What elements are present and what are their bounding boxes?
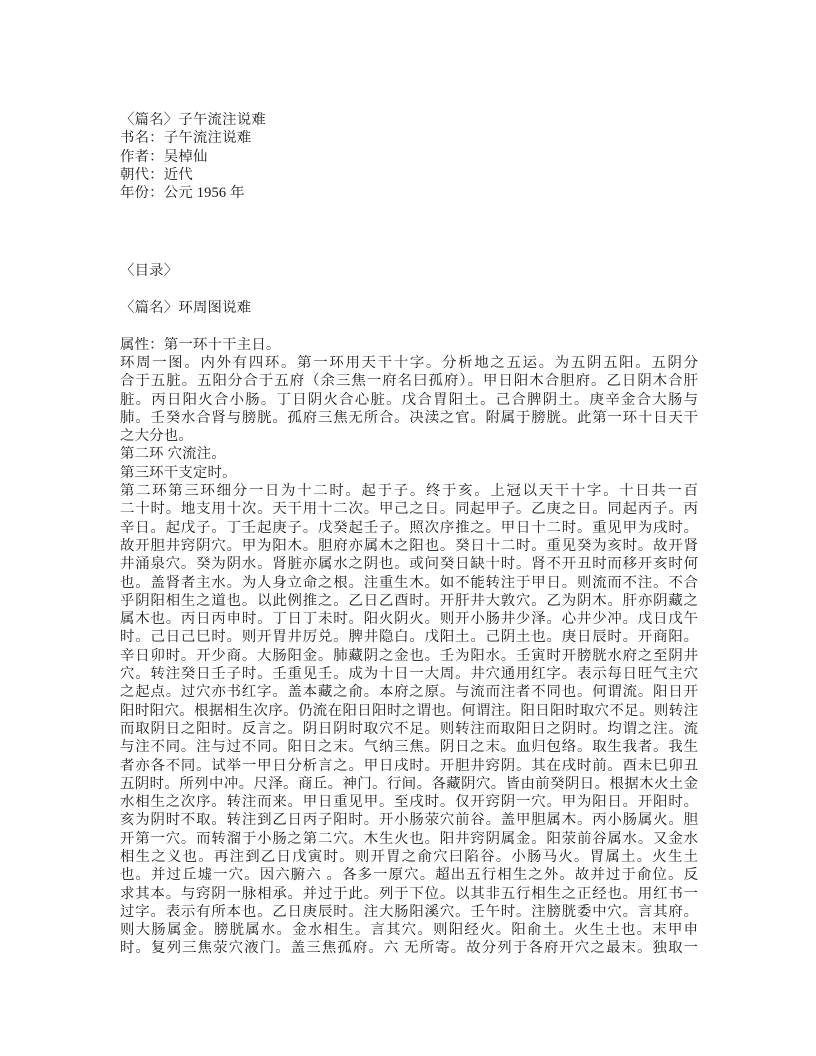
body-line: 之大分也。 [120,427,698,445]
body-line: 合于五脏。五阳分合于五府（余三焦一府名曰孤府）。甲日阳木合胆府。乙日阴木合肝 [120,372,698,390]
body-line: 井涌泉穴。癸为阴水。肾脏亦属水之阴也。或问癸日缺十时。肾不开丑时而移开亥时何 [120,555,698,573]
document-content: 〈篇名〉子午流注说难书名：子午流注说难作者：吴棹仙朝代：近代年份：公元 1956… [120,111,698,958]
body-line: 水相生之次序。转注而来。甲日重见甲。至戌时。仅开窍阴一穴。甲为阳日。开阳时。 [120,793,698,811]
toc-heading: 〈目录〉 [120,262,698,280]
body-line: 肺。壬癸水合肾与膀胱。孤府三焦无所合。决渎之官。附属于膀胱。此第一环十日天干 [120,409,698,427]
body-line: 而取阴日之阳时。反言之。阴日阴时取穴不足。则转注而取阳日之阴时。均谓之注。流 [120,720,698,738]
header-line: 书名：子午流注说难 [120,129,698,147]
body-line: 开第一穴。而转溜于小肠之第二穴。木生火也。阳井窍阴属金。阳荥前谷属水。又金水 [120,830,698,848]
body-line: 第三环干支定时。 [120,464,698,482]
body-line: 脏。丙日阳火合小肠。丁日阴火合心脏。戊合胃阳土。己合脾阴土。庚辛金合大肠与 [120,391,698,409]
body-line: 辛日。起戊子。丁壬起庚子。戊癸起壬子。照次序推之。甲日十二时。重见甲为戌时。 [120,519,698,537]
body-text: 环周一图。内外有四环。第一环用天干十字。分析地之五运。为五阴五阳。五阴分合于五脏… [120,354,698,958]
body-line: 故开胆井窍阴穴。甲为阳木。胆府亦属木之阳也。癸日十二时。重见癸为亥时。故开肾 [120,537,698,555]
header-line: 朝代：近代 [120,166,698,184]
body-line: 则大肠属金。膀胱属水。金水相生。言其穴。则阳经火。阳俞土。火生土也。末甲申 [120,921,698,939]
body-line: 也。并过丘墟一穴。因六腑六 。各多一原穴。超出五行相生之外。故并过于俞位。反 [120,866,698,884]
body-line: 穴。转注癸日壬子时。壬重见壬。成为十日一大周。井穴通用红字。表示每日旺气主穴 [120,665,698,683]
header-line: 作者：吴棹仙 [120,148,698,166]
body-line: 辛日卯时。开少商。大肠阳金。肺藏阴之金也。壬为阳水。壬寅时开膀胱水府之至阴井 [120,647,698,665]
body-line: 时。复列三焦荥穴液门。盖三焦孤府。六 无所寄。故分列于各府开穴之最末。独取一 [120,939,698,957]
body-line: 者亦各不同。试举一甲日分析言之。甲日戌时。开胆井窍阴。其在戌时前。酉未巳卯丑 [120,757,698,775]
header-line: 年份：公元 1956 年 [120,184,698,202]
body-line: 五阴时。所列中冲。尺泽。商丘。神门。行间。各藏阴穴。皆由前癸阴日。根据木火土金 [120,775,698,793]
body-line: 乎阴阳相生之道也。以此例推之。乙日乙酉时。开肝井大敦穴。乙为阴木。肝亦阴藏之 [120,592,698,610]
body-line: 第二环第三环细分一日为十二时。起于子。终于亥。上冠以天干十字。十日共一百 [120,482,698,500]
body-line: 环周一图。内外有四环。第一环用天干十字。分析地之五运。为五阴五阳。五阴分 [120,354,698,372]
body-line: 过字。表示有所本也。乙日庚辰时。注大肠阳溪穴。壬午时。注膀胱委中穴。言其府。 [120,903,698,921]
body-line: 属木也。丙日丙申时。丁日丁未时。阳火阴火。则开小肠井少泽。心井少冲。戊日戊午 [120,610,698,628]
chapter-heading: 〈篇名〉环周图说难 [120,299,698,317]
document-header: 〈篇名〉子午流注说难书名：子午流注说难作者：吴棹仙朝代：近代年份：公元 1956… [120,111,698,202]
body-line: 求其本。与窍阴一脉相承。并过于此。列于下位。以其非五行相生之正经也。用红书一 [120,885,698,903]
body-line: 之起点。过穴亦书红字。盖本藏之俞。本府之原。与流而注者不同也。何谓流。阳日开 [120,683,698,701]
body-line: 亥为阴时不取。转注到乙日丙子阳时。开小肠荥穴前谷。盖甲胆属木。丙小肠属火。胆 [120,811,698,829]
body-line: 时。己日己巳时。则开胃井厉兑。脾井隐白。戊阳土。己阴土也。庚日辰时。开商阳。 [120,628,698,646]
body-line: 阳时阳穴。根据相生次序。仍流在阳日阳时之谓也。何谓注。阳日阳时取穴不足。则转注 [120,702,698,720]
body-line: 二十时。地支用十次。天干用十二次。甲己之日。同起甲子。乙庚之日。同起丙子。丙 [120,500,698,518]
document-page: 〈篇名〉子午流注说难书名：子午流注说难作者：吴棹仙朝代：近代年份：公元 1956… [0,0,816,1056]
body-line: 第二环 穴流注。 [120,445,698,463]
header-line: 〈篇名〉子午流注说难 [120,111,698,129]
body-line: 与注不同。注与过不同。阳日之末。气纳三焦。阴日之末。血归包络。取生我者。我生 [120,738,698,756]
body-line: 相生之义也。再注到乙日戊寅时。则开胃之俞穴曰陷谷。小肠马火。胃属土。火生土 [120,848,698,866]
attribute-line: 属性：第一环十干主日。 [120,336,698,354]
body-line: 也。盖肾者主水。为人身立命之根。注重生木。如不能转注于甲日。则流而不注。不合 [120,574,698,592]
